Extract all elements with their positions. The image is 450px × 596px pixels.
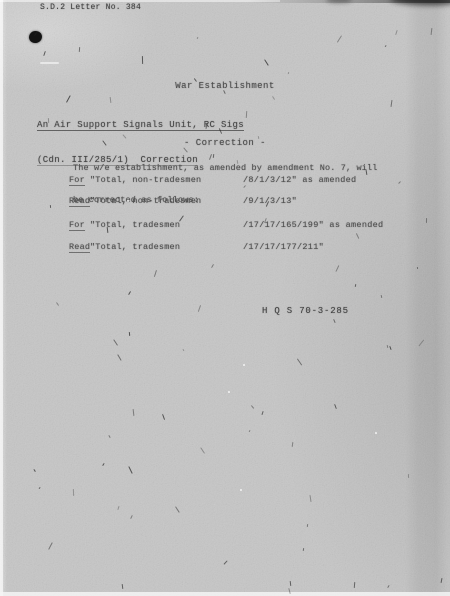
scan-speckle <box>307 524 309 527</box>
scan-speckle <box>240 489 243 492</box>
scan-speckle <box>251 405 254 409</box>
correction-value: /17/17/177/211" <box>243 242 324 252</box>
body-line: The w/e establishment, as amended by ame… <box>73 163 378 174</box>
scan-speckle <box>292 442 294 447</box>
scan-speckle <box>183 349 185 351</box>
file-reference: H Q S 70-3-285 <box>262 306 349 316</box>
scan-speckle <box>48 543 53 550</box>
scan-speckle <box>335 265 339 271</box>
correction-action: For <box>69 175 85 186</box>
scan-speckle <box>38 487 40 489</box>
scan-speckle <box>142 56 143 64</box>
scan-speckle <box>258 135 259 138</box>
document-ref-number: S.D.2 Letter No. 384 <box>40 3 141 12</box>
correction-row: Read"Total, non-tradesmen/9/1/3/13" <box>69 196 90 207</box>
scan-speckle <box>175 507 180 514</box>
scan-speckle <box>355 284 357 287</box>
correction-item: "Total, non-tradesmen <box>90 175 201 185</box>
scan-speckle <box>374 431 377 434</box>
scan-speckle <box>261 411 263 415</box>
scan-speckle <box>430 28 432 35</box>
scan-speckle <box>132 409 134 416</box>
scan-speckle <box>288 588 290 594</box>
scan-speckle <box>396 30 398 35</box>
scan-speckle <box>128 291 131 295</box>
correction-row: For"Total, non-tradesmen/8/1/3/12" as am… <box>69 175 85 186</box>
scan-speckle <box>228 390 231 393</box>
scan-speckle <box>333 319 336 323</box>
scan-speckle <box>73 489 74 496</box>
correction-action: Read <box>69 242 90 253</box>
scan-speckle <box>78 47 79 52</box>
scan-speckle <box>310 495 312 502</box>
scan-speckle <box>200 447 204 453</box>
scan-speckle <box>56 302 59 306</box>
scan-speckle <box>408 474 409 478</box>
scan-speckle <box>386 345 388 348</box>
scan-speckle <box>417 267 418 269</box>
scan-speckle <box>48 117 49 122</box>
scan-speckle <box>243 364 246 367</box>
scan-speckle <box>109 435 111 438</box>
scan-speckle <box>198 305 201 312</box>
correction-action: For <box>69 220 85 231</box>
scan-speckle <box>128 466 132 474</box>
scan-speckle <box>106 227 108 233</box>
correction-item: "Total, non-tradesmen <box>90 196 201 206</box>
scan-speckle <box>129 332 130 336</box>
scan-speckle <box>162 414 165 420</box>
scan-speckle <box>334 404 337 409</box>
scan-speckle <box>50 205 51 208</box>
correction-row: Read"Total, tradesmen/17/17/177/211" <box>69 242 90 253</box>
corrections-list: For"Total, non-tradesmen/8/1/3/12" as am… <box>69 175 429 265</box>
scan-speckle <box>297 359 302 366</box>
scan-speckle <box>354 582 356 588</box>
ink-smudge-top-right <box>390 0 450 6</box>
correction-item: "Total, tradesmen <box>90 242 180 252</box>
scan-speckle <box>381 295 383 298</box>
scan-edge-bottom <box>0 592 450 596</box>
scan-speckle <box>287 72 289 74</box>
scan-speckle <box>223 561 227 566</box>
scan-speckle <box>387 585 389 588</box>
scan-speckle <box>118 506 120 510</box>
scan-speckle <box>117 354 122 361</box>
scan-speckle <box>441 578 443 583</box>
correction-value: /8/1/3/12" as amended <box>243 175 356 185</box>
scan-speckle <box>426 218 427 223</box>
scan-speckle <box>121 584 123 589</box>
scan-speckle <box>389 346 391 350</box>
scan-speckle <box>248 430 250 432</box>
scan-speckle <box>290 581 292 586</box>
scan-speckle <box>419 339 424 346</box>
correction-item: "Total, tradesmen <box>90 220 180 230</box>
scan-speckle <box>33 469 35 472</box>
scan-speckle <box>302 547 303 550</box>
scan-speckle <box>154 270 157 276</box>
scan-speckle <box>113 339 117 345</box>
correction-value: /9/1/3/13" <box>243 196 297 206</box>
scanned-letter-page: S.D.2 Letter No. 384 War Establishment -… <box>0 0 450 596</box>
correction-action: Read <box>69 196 90 207</box>
scan-speckle <box>196 36 198 38</box>
scan-speckle <box>130 515 133 519</box>
correction-row: For"Total, tradesmen/17/17/165/199" as a… <box>69 220 85 231</box>
scan-speckle <box>102 463 104 466</box>
unit-heading: An Air Support Signals Unit, RC Sigs <box>37 120 244 131</box>
